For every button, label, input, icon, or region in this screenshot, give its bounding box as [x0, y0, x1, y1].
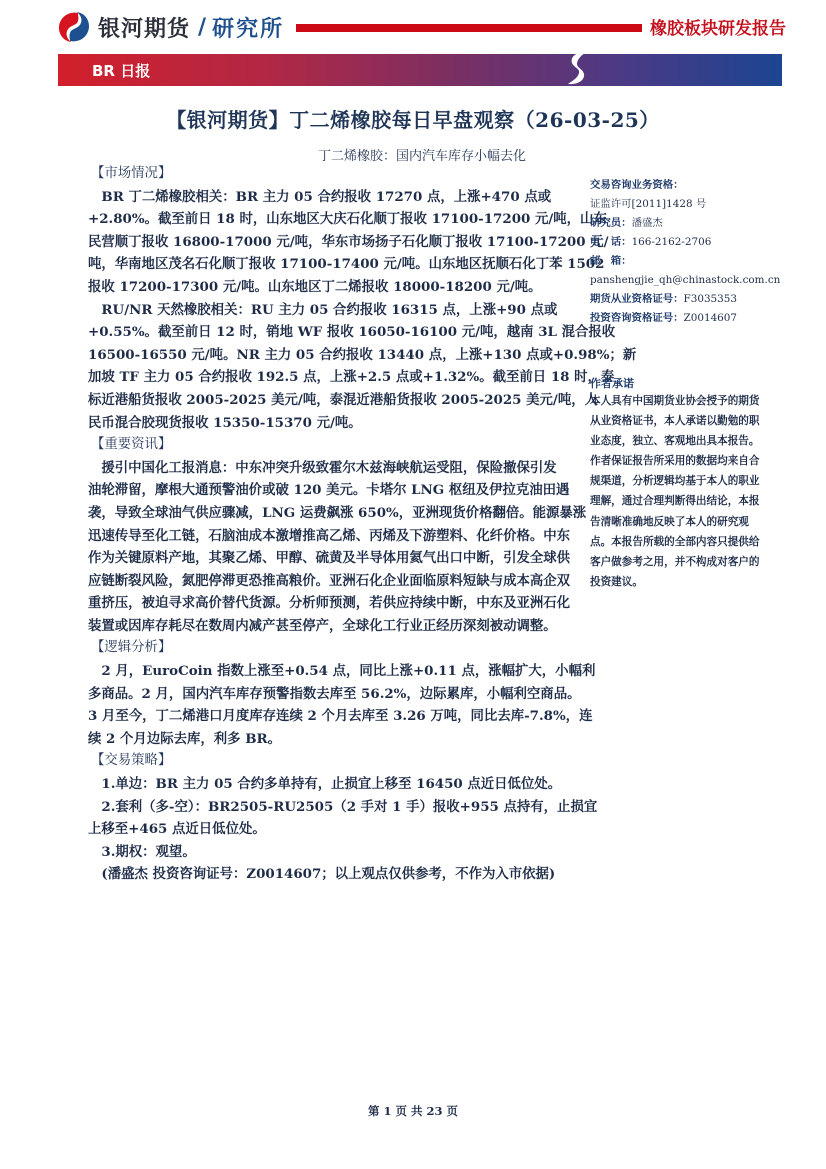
text-line: 装置或因库存耗尽在数周内减产甚至停产，全球化工行业正经历深刻被动调整。 — [88, 615, 558, 638]
text-line: 多商品。2 月，国内汽车库存预警指数去库至 56.2%，边际累库，小幅利空商品。 — [88, 683, 558, 706]
text-line: 从业资格证书，本人承诺以勤勉的职 — [590, 411, 780, 431]
text-line: 袭，导致全球油气供应骤减，LNG 运费飙涨 650%，亚洲现货价格翻倍。能源暴涨 — [88, 502, 558, 525]
text-line: 业态度，独立、客观地出具本报告。 — [590, 431, 780, 451]
report-banner: BR 日报 — [58, 54, 782, 86]
text-line: 作者保证报告所采用的数据均来自合 — [590, 451, 780, 471]
section-heading-market: 【市场情况】 — [88, 163, 558, 186]
qualification-label: 交易咨询业务资格： — [590, 179, 684, 191]
text-line: 投资建议。 — [590, 572, 780, 592]
report-body: 【市场情况】 BR 丁二烯橡胶相关：BR 主力 05 合约报收 17270 点，… — [88, 163, 558, 886]
strategy-disclaimer: (潘盛杰 投资咨询证号：Z0014607；以上观点仅供参考，不作为入市依据) — [88, 863, 558, 886]
text-line: 客户做参考之用，并不构成对客户的 — [590, 552, 780, 572]
license-value: 证监许可[2011]1428 号 — [590, 198, 706, 210]
text-line: 3 月至今，丁二烯港口月度库存连续 2 个月去库至 3.26 万吨，同比去库-7… — [88, 705, 558, 728]
strategy-arbitrage: 2.套利（多-空）：BR2505-RU2505（2 手对 1 手）报收+955 … — [88, 796, 558, 841]
paragraph-br: BR 丁二烯橡胶相关：BR 主力 05 合约报收 17270 点，上涨+470 … — [88, 186, 558, 299]
email-link[interactable]: panshengjie_qh@chinastock.com.cn — [590, 274, 780, 286]
author-commitment-title: 作者承诺 — [590, 375, 634, 391]
report-type-label: 橡胶板块研发报告 — [650, 14, 786, 39]
brand-logo: 银河期货 / 研究所 — [56, 10, 284, 44]
text-line: 民营顺丁报收 16800-17000 元/吨，华东市场扬子石化顺丁报收 1710… — [88, 231, 558, 254]
strategy-options: 3.期权：观望。 — [88, 841, 558, 864]
advisory-cert-row: 投资咨询资格证号：Z0014607 — [590, 309, 780, 328]
section-heading-strategy: 【交易策略】 — [88, 750, 558, 773]
text-line: 点。本报告所载的全部内容只提供给 — [590, 532, 780, 552]
phone-row: 电 话：166-2162-2706 — [590, 233, 780, 252]
section-heading-logic: 【逻辑分析】 — [88, 637, 558, 660]
text-line: 迅速传导至化工链，石脑油成本激增推高乙烯、丙烯及下游塑料、化纤价格。中东 — [88, 525, 558, 548]
futures-cert-value: F3035353 — [684, 293, 738, 305]
text-line: 作为关键原料产地，其聚乙烯、甲醇、硫黄及半导体用氦气出口中断，引发全球供 — [88, 547, 558, 570]
text-line: 1.单边：BR 主力 05 合约多单持有，止损宜上移至 16450 点近日低位处… — [88, 773, 558, 796]
text-line: 加坡 TF 主力 05 合约报收 192.5 点，上涨+2.5 点或+1.32%… — [88, 366, 558, 389]
advisory-cert-value: Z0014607 — [684, 312, 738, 324]
author-commitment-body: 本人具有中国期货业协会授予的期货 从业资格证书，本人承诺以勤勉的职 业态度，独立… — [590, 391, 780, 592]
email-label-row: 邮 箱： — [590, 252, 780, 271]
text-line: 本人具有中国期货业协会授予的期货 — [590, 391, 780, 411]
brand-subtitle: 研究所 — [212, 12, 284, 43]
researcher-value: 潘盛杰 — [632, 217, 663, 229]
futures-cert-row: 期货从业资格证号：F3035353 — [590, 290, 780, 309]
page-indicator: 第 1 页 共 23 页 — [0, 1103, 826, 1119]
galaxy-logo-icon — [56, 10, 92, 44]
text-line: 吨，华南地区茂名石化顺丁报收 17100-17400 元/吨。山东地区抚顺石化丁… — [88, 253, 558, 276]
text-line: 上移至+465 点近日低位处。 — [88, 818, 558, 841]
text-line: 重挤压，被迫寻求高价替代货源。分析师预测，若供应持续中断，中东及亚洲石化 — [88, 592, 558, 615]
paragraph-ru-nr: RU/NR 天然橡胶相关：RU 主力 05 合约报收 16315 点，上涨+90… — [88, 299, 558, 435]
text-line: 援引中国化工报消息：中东冲突升级致霍尔木兹海峡航运受阻，保险撤保引发 — [88, 457, 558, 480]
text-line: +2.80%。截至前日 18 时，山东地区大庆石化顺丁报收 17100-1720… — [88, 208, 558, 231]
text-line: 规渠道，分析逻辑均基于本人的职业 — [590, 471, 780, 491]
text-line: 告清晰准确地反映了本人的研究观 — [590, 512, 780, 532]
researcher-label: 研究员： — [590, 217, 632, 229]
brand-name: 银河期货 — [98, 12, 190, 43]
s-swoosh-icon — [564, 48, 590, 88]
text-line: +0.55%。截至前日 12 时，销地 WF 报收 16050-16100 元/… — [88, 321, 558, 344]
analyst-info: 交易咨询业务资格： 证监许可[2011]1428 号 研究员：潘盛杰 电 话：1… — [590, 176, 780, 328]
qualification-row: 交易咨询业务资格： — [590, 176, 780, 195]
advisory-cert-label: 投资咨询资格证号： — [590, 312, 684, 324]
phone-value: 166-2162-2706 — [632, 236, 712, 248]
text-line: BR 丁二烯橡胶相关：BR 主力 05 合约报收 17270 点，上涨+470 … — [88, 186, 558, 209]
text-line: 报收 17200-17300 元/吨。山东地区丁二烯报收 18000-18200… — [88, 276, 558, 299]
brand-slash: / — [198, 15, 206, 40]
document-title: 【银河期货】丁二烯橡胶每日早盘观察（26-03-25） — [0, 104, 826, 133]
text-line: 2 月，EuroCoin 指数上涨至+0.54 点，同比上涨+0.11 点，涨幅… — [88, 660, 558, 683]
text-line: 应链断裂风险，氮肥停滞更恐推高粮价。亚洲石化企业面临原料短缺与成本高企双 — [88, 570, 558, 593]
text-line: 民币混合胶现货报收 15350-15370 元/吨。 — [88, 412, 558, 435]
text-line: 标近港船货报收 2005-2025 美元/吨，泰混近港船货报收 2005-202… — [88, 389, 558, 412]
banner-label: BR 日报 — [92, 60, 150, 81]
futures-cert-label: 期货从业资格证号： — [590, 293, 684, 305]
document-subtitle: 丁二烯橡胶：国内汽车库存小幅去化 — [0, 145, 826, 164]
header-red-rule — [296, 24, 642, 32]
license-row: 证监许可[2011]1428 号 — [590, 195, 780, 214]
text-line: 2.套利（多-空）：BR2505-RU2505（2 手对 1 手）报收+955 … — [88, 796, 558, 819]
phone-label: 电 话： — [590, 236, 632, 248]
email-row: panshengjie_qh@chinastock.com.cn — [590, 271, 780, 290]
strategy-single-side: 1.单边：BR 主力 05 合约多单持有，止损宜上移至 16450 点近日低位处… — [88, 773, 558, 796]
text-line: RU/NR 天然橡胶相关：RU 主力 05 合约报收 16315 点，上涨+90… — [88, 299, 558, 322]
text-line: 理解，通过合理判断得出结论，本报 — [590, 491, 780, 511]
text-line: 3.期权：观望。 — [88, 841, 558, 864]
paragraph-news: 援引中国化工报消息：中东冲突升级致霍尔木兹海峡航运受阻，保险撤保引发 油轮滞留，… — [88, 457, 558, 638]
email-label: 邮 箱： — [590, 255, 632, 267]
researcher-row: 研究员：潘盛杰 — [590, 214, 780, 233]
paragraph-logic: 2 月，EuroCoin 指数上涨至+0.54 点，同比上涨+0.11 点，涨幅… — [88, 660, 558, 750]
text-line: 16500-16550 元/吨。NR 主力 05 合约报收 13440 点，上涨… — [88, 344, 558, 367]
text-line: 续 2 个月边际去库，利多 BR。 — [88, 728, 558, 751]
text-line: 油轮滞留，摩根大通预警油价或破 120 美元。卡塔尔 LNG 枢纽及伊拉克油田遇 — [88, 479, 558, 502]
text-line: (潘盛杰 投资咨询证号：Z0014607；以上观点仅供参考，不作为入市依据) — [88, 863, 558, 886]
section-heading-news: 【重要资讯】 — [88, 434, 558, 457]
